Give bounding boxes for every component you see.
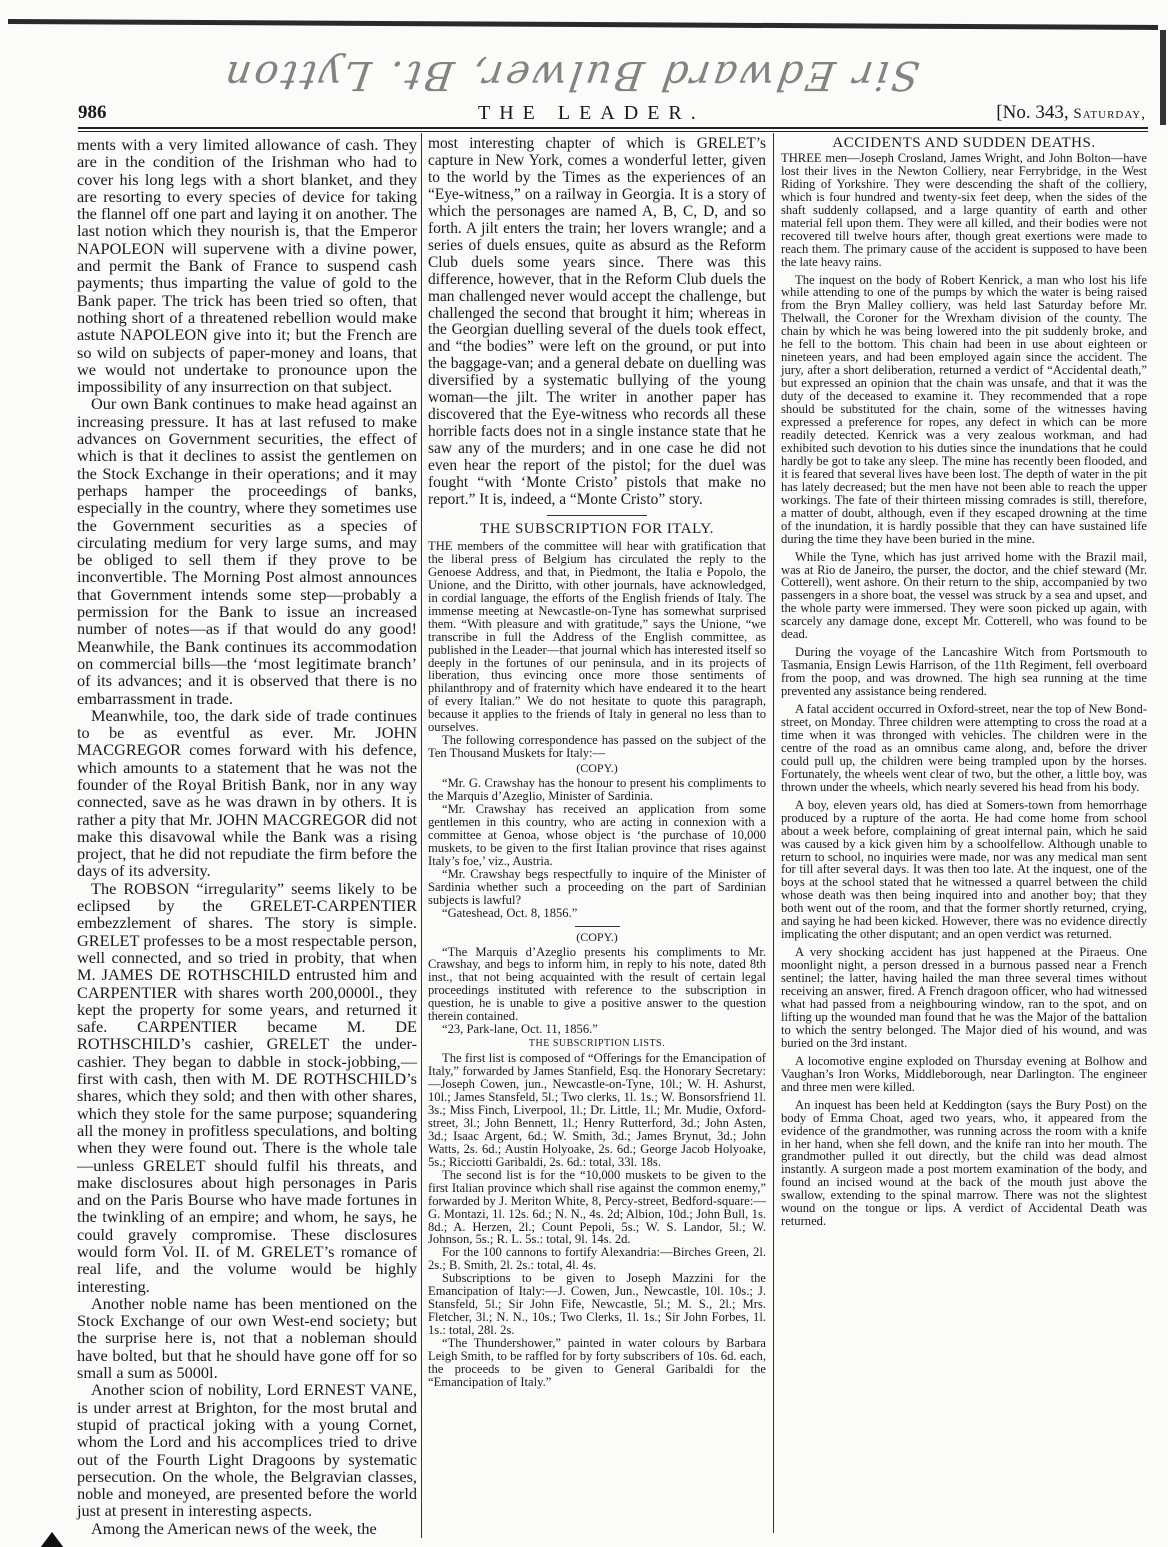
paragraph: “The Thundershower,” painted in water co… [428, 1337, 766, 1389]
masthead-rule [78, 127, 1148, 132]
top-border-rule [8, 19, 1158, 30]
paragraph: The inquest on the body of Robert Kenric… [781, 274, 1147, 546]
letter-paragraph: “Mr. G. Crawshay has the honour to prese… [428, 777, 766, 803]
paragraph: most interesting chapter of which is GRE… [428, 136, 766, 509]
paragraph: Among the American news of the week, the [77, 1520, 417, 1537]
paragraph: While the Tyne, which has just arrived h… [781, 551, 1147, 642]
paragraph: THE members of the committee will hear w… [428, 540, 766, 734]
paragraph: A very shocking accident has just happen… [781, 946, 1147, 1050]
paragraph: A locomotive engine exploded on Thursday… [781, 1055, 1147, 1094]
paragraph: The first list is composed of “Offerings… [428, 1052, 766, 1169]
issue-number: [No. 343, [996, 102, 1073, 123]
letter-paragraph: “Mr. Crawshay has received an applicatio… [428, 803, 766, 868]
paragraph: Another scion of nobility, Lord ERNEST V… [77, 1381, 417, 1519]
letter-paragraph: “The Marquis d’Azeglio presents his comp… [428, 946, 766, 1024]
copy-label: (COPY.) [428, 762, 766, 775]
paragraph: ments with a very limited allowance of c… [77, 136, 417, 395]
column-1: ments with a very limited allowance of c… [77, 136, 417, 1537]
paragraph: THREE men—Joseph Crosland, James Wright,… [781, 152, 1147, 269]
paragraph: The following correspondence has passed … [428, 734, 766, 760]
paragraph: Meanwhile, too, the dark side of trade c… [77, 707, 417, 880]
paragraph: During the voyage of the Lancashire Witc… [781, 646, 1147, 698]
letter-paragraph: “Mr. Crawshay begs respectfully to inqui… [428, 868, 766, 907]
paragraph: The ROBSON “irregularity” seems likely t… [77, 880, 417, 1295]
letter-date: “Gateshead, Oct. 8, 1856.” [428, 907, 766, 920]
paragraph: Subscriptions to be given to Joseph Mazz… [428, 1272, 766, 1337]
issue-day: Saturday, [1073, 106, 1146, 122]
section-heading: THE SUBSCRIPTION FOR ITALY. [428, 521, 766, 538]
column-divider [421, 133, 422, 1538]
paragraph: Another noble name has been mentioned on… [77, 1295, 417, 1381]
newspaper-page: Sir Edward Bulwer, Bt. Lytton 986 THE LE… [0, 0, 1168, 1547]
letter-divider [575, 926, 620, 927]
handwritten-annotation: Sir Edward Bulwer, Bt. Lytton [256, 38, 924, 98]
paragraph: The second list is for the “10,000 muske… [428, 1169, 766, 1247]
column-2: most interesting chapter of which is GRE… [428, 136, 766, 1389]
section-heading: ACCIDENTS AND SUDDEN DEATHS. [781, 137, 1147, 150]
copy-label: (COPY.) [428, 931, 766, 944]
subscription-article: THE members of the committee will hear w… [428, 540, 766, 1389]
paragraph: A fatal accident occurred in Oxford-stre… [781, 703, 1147, 794]
paragraph: For the 100 cannons to fortify Alexandri… [428, 1246, 766, 1272]
paragraph: Our own Bank continues to make head agai… [77, 395, 417, 706]
subheading: THE SUBSCRIPTION LISTS. [428, 1038, 766, 1051]
column-divider [773, 133, 774, 1533]
paragraph: An inquest has been held at Keddington (… [781, 1099, 1147, 1229]
issue-line: [No. 343, Saturday, [996, 102, 1146, 124]
corner-ink-mark [40, 1532, 64, 1547]
right-edge-mark [1160, 30, 1166, 125]
column-3: ACCIDENTS AND SUDDEN DEATHS. THREE men—J… [781, 137, 1147, 1228]
paper-title: THE LEADER. [478, 102, 705, 125]
paragraph: A boy, eleven years old, has died at Som… [781, 799, 1147, 941]
section-divider [547, 515, 647, 516]
page-number: 986 [78, 102, 107, 124]
masthead: 986 THE LEADER. [No. 343, Saturday, [78, 102, 1158, 124]
letter-date: “23, Park-lane, Oct. 11, 1856.” [428, 1023, 766, 1036]
